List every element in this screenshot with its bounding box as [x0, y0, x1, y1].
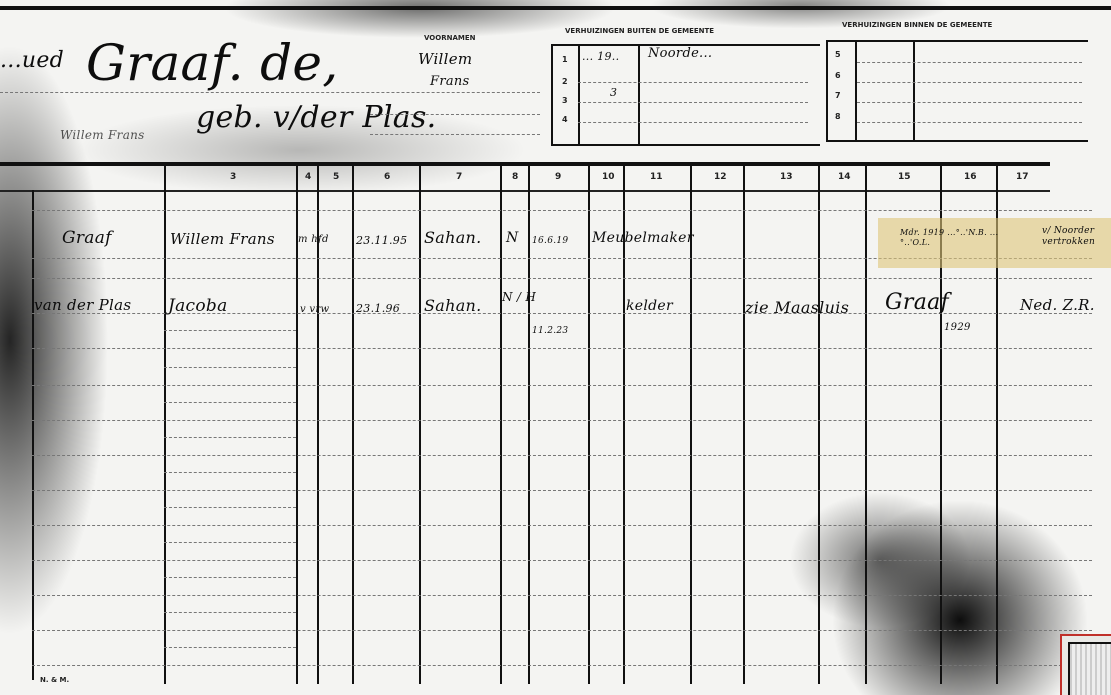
row-line [857, 122, 1082, 123]
row-line [164, 612, 296, 613]
row1-marriage: 16.6.19 [532, 236, 568, 246]
column-number: 9 [555, 172, 561, 182]
column-number: 3 [230, 172, 236, 182]
move-num: 1 [562, 55, 568, 64]
row2-occupation: kelder [626, 298, 673, 314]
column-line [164, 162, 166, 684]
move-num: 3 [562, 96, 568, 105]
row-line [164, 472, 296, 473]
row-line [32, 595, 1092, 596]
column-number: 8 [512, 172, 518, 182]
row2-relation: v vrw [300, 304, 329, 315]
row2-given-names: Jacoba [168, 296, 228, 316]
row-line [32, 490, 1092, 491]
column-line [588, 162, 590, 684]
column-number: 7 [456, 172, 462, 182]
row-line [578, 102, 808, 103]
voornaam-2: Frans [430, 74, 470, 89]
move-num: 5 [835, 50, 841, 59]
row-line [164, 330, 296, 331]
row2-birth-place: Sahan. [424, 296, 482, 315]
surname-heading: Graaf. de, [86, 34, 338, 92]
column-number: 10 [602, 172, 615, 182]
row1-birth-place: Sahan. [424, 228, 482, 247]
row1-annotation-departed: v/ Noorder vertrokken [1042, 226, 1111, 248]
row-line [578, 122, 808, 123]
scanned-document: ...ued Graaf. de, Willem Frans geb. v/de… [0, 0, 1111, 695]
row2-remark-year: 1929 [944, 322, 971, 333]
column-number: 11 [650, 172, 663, 182]
moves-inside-divider [855, 40, 857, 140]
row1-annotation-coordinates: Mdr. 1919 ...°..'N.B. ...°..'O.L. [900, 228, 1000, 248]
row-line [32, 525, 1092, 526]
left-sub-fragment: Willem Frans [60, 128, 145, 142]
row2-religion: N / H [502, 290, 536, 304]
row-line [164, 507, 296, 508]
row-line [32, 278, 1092, 279]
row1-relation: m hfd [298, 234, 329, 245]
left-margin-fragment: ...ued [0, 48, 64, 73]
row-line [164, 577, 296, 578]
row-line [164, 402, 296, 403]
move-date: ... 19.. [582, 50, 619, 63]
move-num: 4 [562, 115, 568, 124]
column-number: 5 [333, 172, 339, 182]
column-line [32, 190, 34, 680]
move-num: 2 [562, 77, 568, 86]
voornaam-1: Willem [418, 50, 472, 68]
moves-inside-box [826, 40, 1088, 142]
corner-stamp [1060, 634, 1111, 695]
row2-remark-name: Graaf [885, 290, 949, 315]
column-number: 17 [1016, 172, 1029, 182]
column-number: 6 [384, 172, 390, 182]
column-number: 13 [780, 172, 793, 182]
row-line [164, 367, 296, 368]
move-num: 6 [835, 71, 841, 80]
moves-outside-title: VERHUIZINGEN BUITEN DE GEMEENTE [565, 27, 714, 35]
printer-mark: N. & M. [40, 676, 69, 684]
row1-occupation: Meubelmaker [592, 230, 694, 246]
row1-religion: N [506, 230, 519, 246]
corner-stamp-inner [1068, 642, 1111, 695]
move-num: 7 [835, 91, 841, 100]
row-line [32, 455, 1092, 456]
column-line [419, 162, 421, 684]
row1-given-names: Willem Frans [170, 230, 275, 248]
row2-remark-church: Ned. Z.R. [1020, 296, 1095, 314]
moves-outside-divider [638, 44, 640, 144]
row-line [164, 542, 296, 543]
row-line [164, 437, 296, 438]
column-number: 16 [964, 172, 977, 182]
table-header-bottom [0, 190, 1050, 192]
column-line [743, 162, 745, 684]
column-line [528, 162, 530, 684]
married-name-line: geb. v/der Plas. [196, 100, 437, 135]
row-line [32, 630, 1092, 631]
column-line [818, 162, 820, 684]
header-guide-line [370, 134, 540, 135]
moves-outside-divider [578, 44, 580, 144]
row-line [32, 560, 1092, 561]
move-num: 8 [835, 112, 841, 121]
move-place: Noorde... [648, 46, 712, 61]
column-number: 4 [305, 172, 311, 182]
row1-birth-date: 23.11.95 [356, 234, 407, 247]
row-line [857, 62, 1082, 63]
column-line [352, 162, 354, 684]
row-line [578, 82, 808, 83]
row-line [32, 420, 1092, 421]
column-line [500, 162, 502, 684]
column-line [865, 162, 867, 684]
row2-birth-date: 23.1.96 [356, 302, 400, 315]
voornamen-label: VOORNAMEN [424, 34, 475, 42]
row-line [857, 82, 1082, 83]
row2-religion-date: 11.2.23 [532, 326, 568, 336]
column-number: 14 [838, 172, 851, 182]
column-number: 15 [898, 172, 911, 182]
table-top-border [0, 162, 1050, 166]
header-guide-line [370, 114, 540, 115]
top-border [0, 6, 1111, 10]
move-date: 3 [610, 86, 617, 99]
row-line [32, 385, 1092, 386]
moves-inside-divider [913, 40, 915, 140]
column-number: 12 [714, 172, 727, 182]
row1-surname: Graaf [62, 228, 112, 248]
row-line [164, 647, 296, 648]
header-guide-line [0, 92, 540, 93]
row-line [32, 348, 1092, 349]
row-line [857, 102, 1082, 103]
row-line [32, 210, 1092, 211]
row-line [32, 665, 1092, 666]
row2-surname: van der Plas [34, 296, 131, 314]
moves-inside-title: VERHUIZINGEN BINNEN DE GEMEENTE [842, 21, 992, 29]
row2-remark-place: zie Maasluis [745, 298, 849, 317]
